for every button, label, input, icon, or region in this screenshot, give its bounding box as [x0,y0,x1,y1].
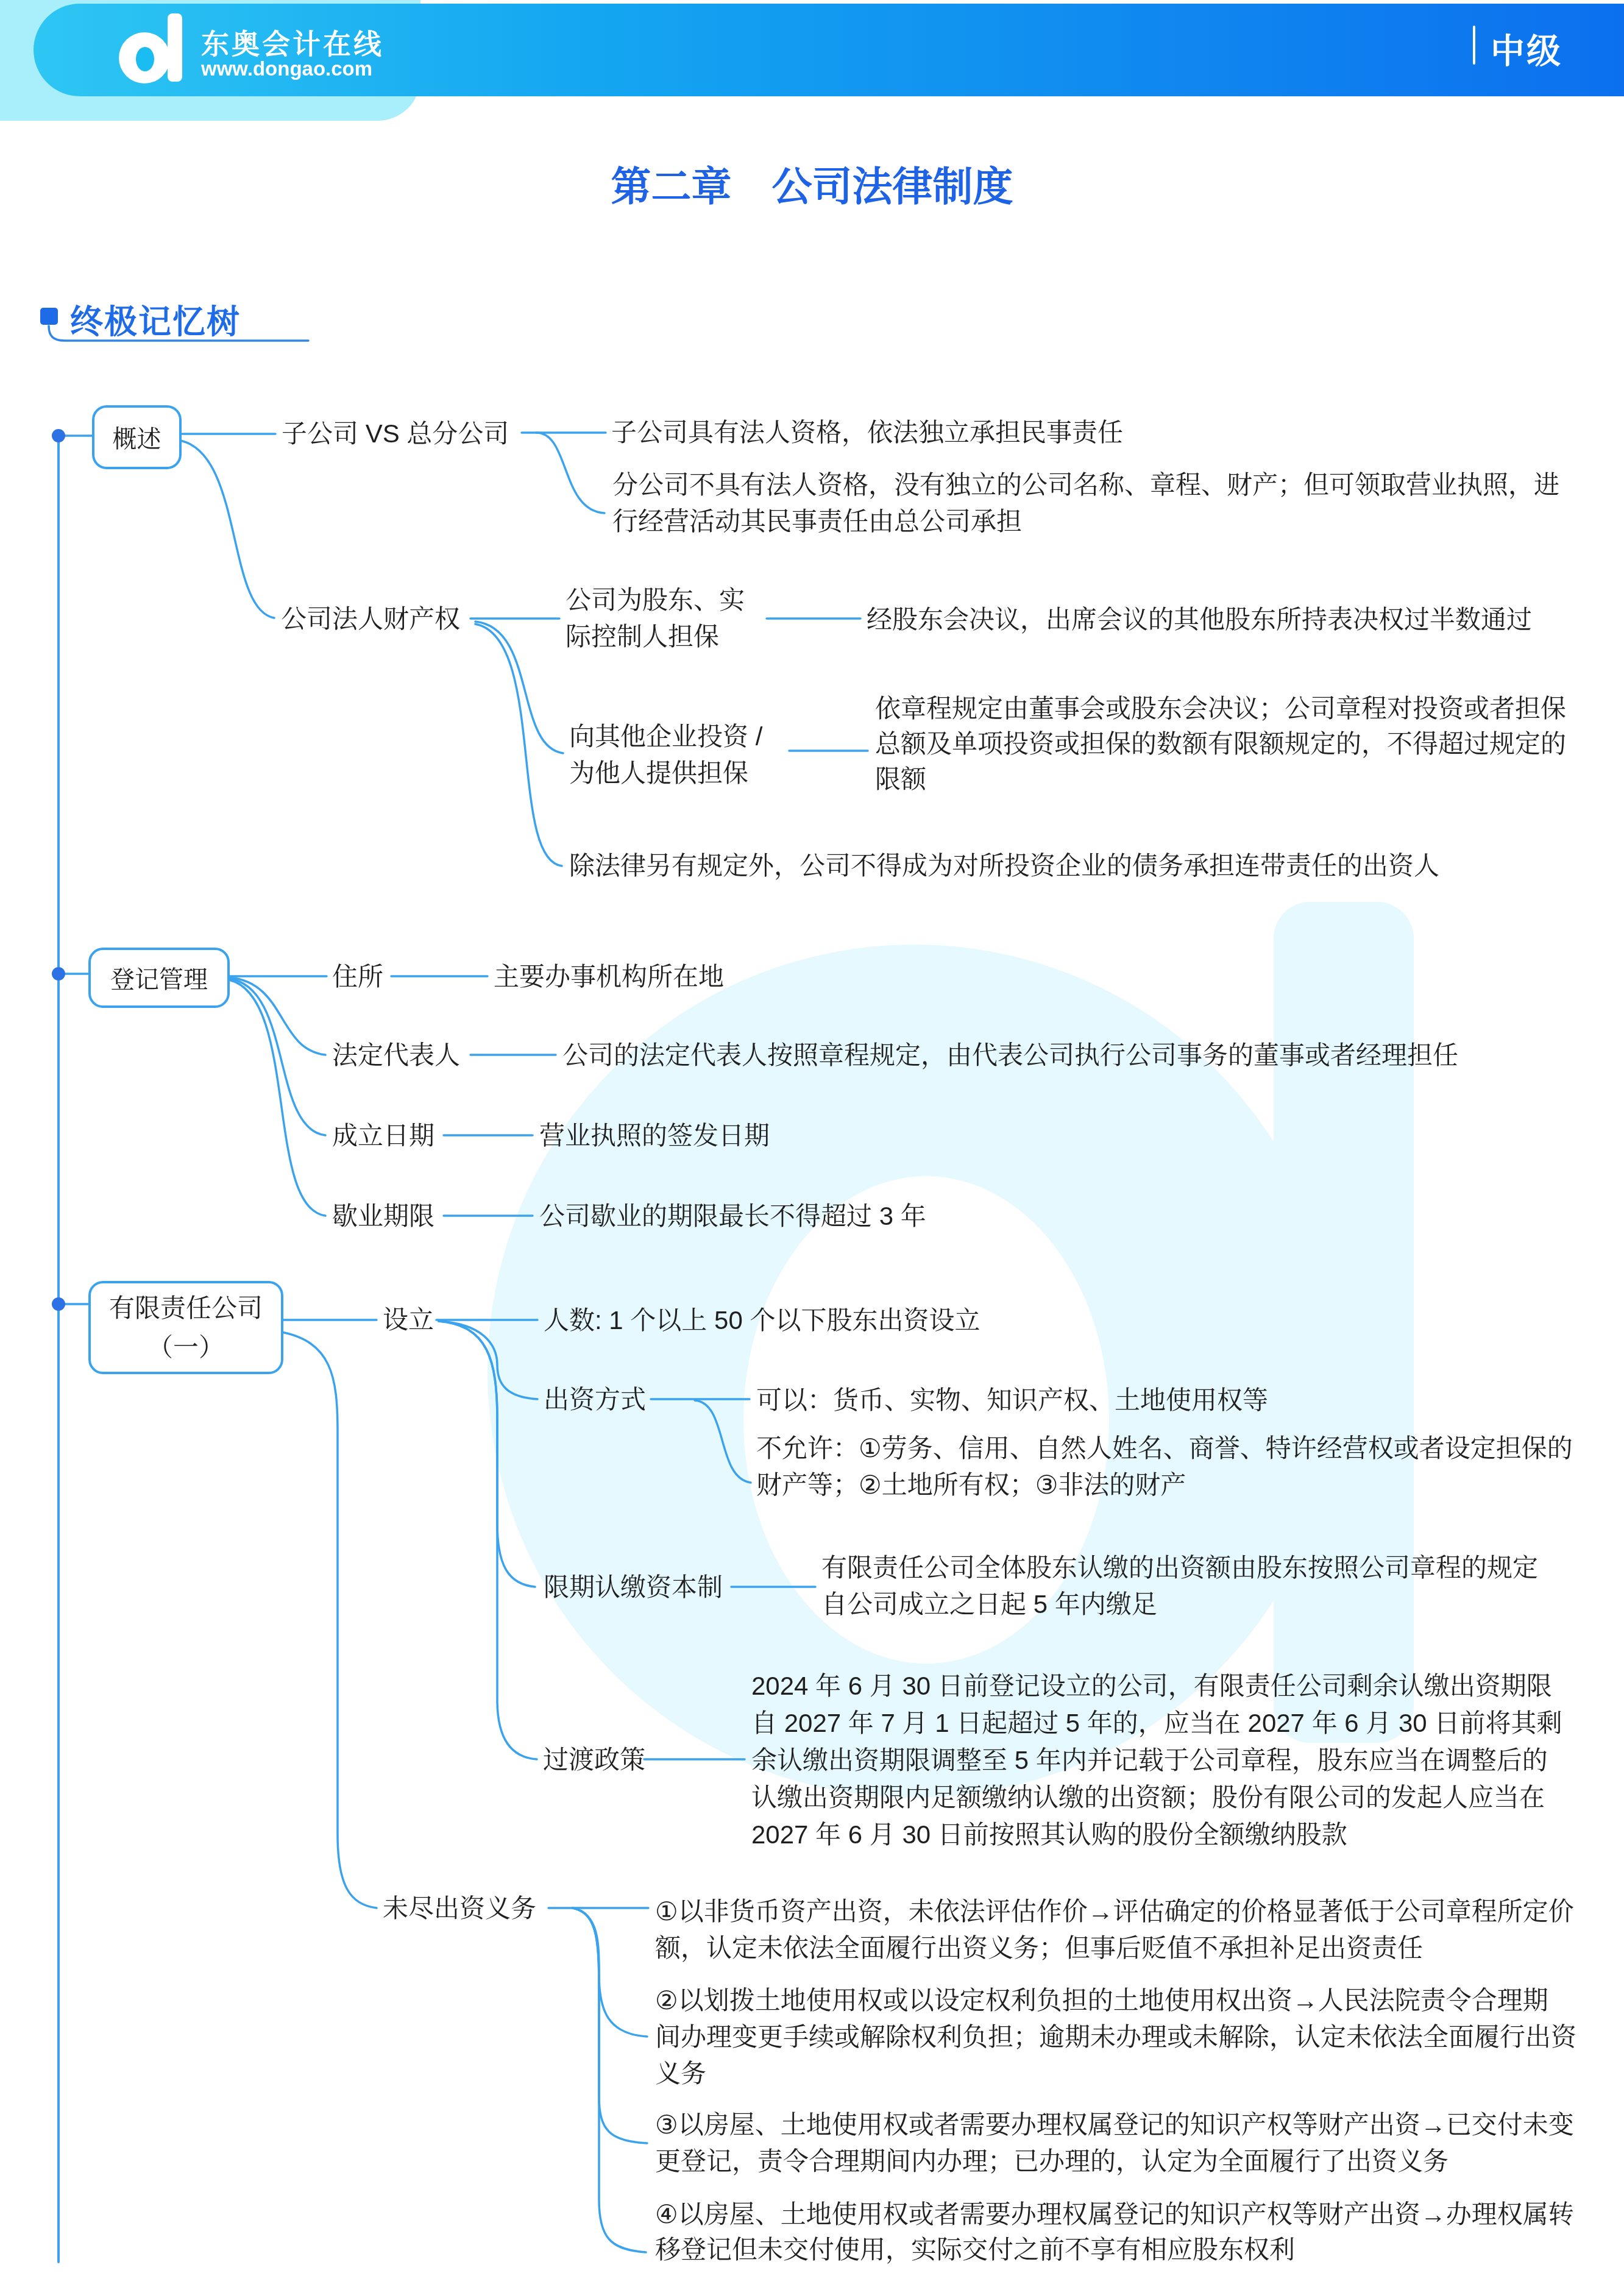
topic-registration: 登记管理 [88,948,230,1008]
node-capital-label: 限期认缴资本制 [544,1569,723,1606]
node-setup-label: 设立 [383,1302,434,1338]
mindmap-page: 东奥会计在线 www.dongao.com 中级 第二章 公司法律制度 终极记忆… [0,0,1624,2273]
node-headcount: 人数: 1 个以上 50 个以下股东出资设立 [544,1302,980,1339]
node-unpaid-item-1: ①以非货币资产出资，未依法评估作价→评估确定的价格显著低于公司章程所定价 额，认… [655,1893,1574,1966]
node-domicile-label: 住所 [332,959,383,995]
node-methods-allowed: 可以：货币、实物、知识产权、土地使用权等 [756,1382,1268,1419]
node-guarantee-detail: 经股东会决议，出席会议的其他股东所持表决权过半数通过 [867,601,1532,638]
node-subsidiary-point1: 子公司具有法人资格，依法独立承担民事责任 [611,414,1123,451]
node-capital-detail: 有限责任公司全体股东认缴的出资额由股东按照公司章程的规定 自公司成立之日起 5 … [821,1550,1538,1623]
node-unpaid-label: 未尽出资义务 [383,1890,536,1927]
node-founding-date-label: 成立日期 [332,1118,434,1154]
node-subsidiary-point2: 分公司不具有法人资格，没有独立的公司名称、章程、财产；但可领取营业执照，进 行经… [612,467,1559,540]
node-unpaid-item-3: ③以房屋、土地使用权或者需要办理权属登记的知识产权等财产出资→已交付未变 更登记… [655,2107,1574,2180]
node-unpaid-item-4: ④以房屋、土地使用权或者需要办理权属登记的知识产权等财产出资→办理权属转 移登记… [655,2197,1574,2268]
node-founding-date-detail: 营业执照的签发日期 [539,1118,770,1154]
node-transition-detail: 2024 年 6 月 30 日前登记设立的公司，有限责任公司剩余认缴出资期限 自… [751,1667,1562,1853]
node-legal-rep-detail: 公司的法定代表人按照章程规定，由代表公司执行公司事务的董事或者经理担任 [562,1037,1458,1074]
topic-llc: 有限责任公司 （一） [88,1281,283,1374]
node-unpaid-item-2: ②以划拨土地使用权或以设定权利负担的土地使用权出资→人民法院责令合理期 间办理变… [655,1982,1576,2092]
node-invest-label: 向其他企业投资 / 为他人提供担保 [569,718,762,792]
node-suspension-detail: 公司歇业的期限最长不得超过 3 年 [539,1198,926,1235]
node-methods-not-allowed: 不允许：①劳务、信用、自然人姓名、商誉、特许经营权或者设定担保的 财产等；②土地… [756,1430,1573,1503]
node-transition-label: 过渡政策 [543,1742,645,1778]
node-methods-label: 出资方式 [544,1381,646,1418]
node-legal-rep-label: 法定代表人 [332,1037,460,1074]
node-subsidiary-vs-branch: 子公司 VS 总分公司 [282,416,509,452]
node-property-note: 除法律另有规定外，公司不得成为对所投资企业的债务承担连带责任的出资人 [569,848,1439,884]
node-invest-detail: 依章程规定由董事会或股东会决议；公司章程对投资或者担保 总额及单项投资或担保的数… [875,691,1566,797]
node-property-rights: 公司法人财产权 [281,601,460,637]
node-suspension-label: 歇业期限 [332,1198,434,1235]
node-guarantee-label: 公司为股东、实 际控制人担保 [566,582,745,655]
node-domicile-detail: 主要办事机构所在地 [494,959,724,995]
topic-overview: 概述 [92,405,182,469]
